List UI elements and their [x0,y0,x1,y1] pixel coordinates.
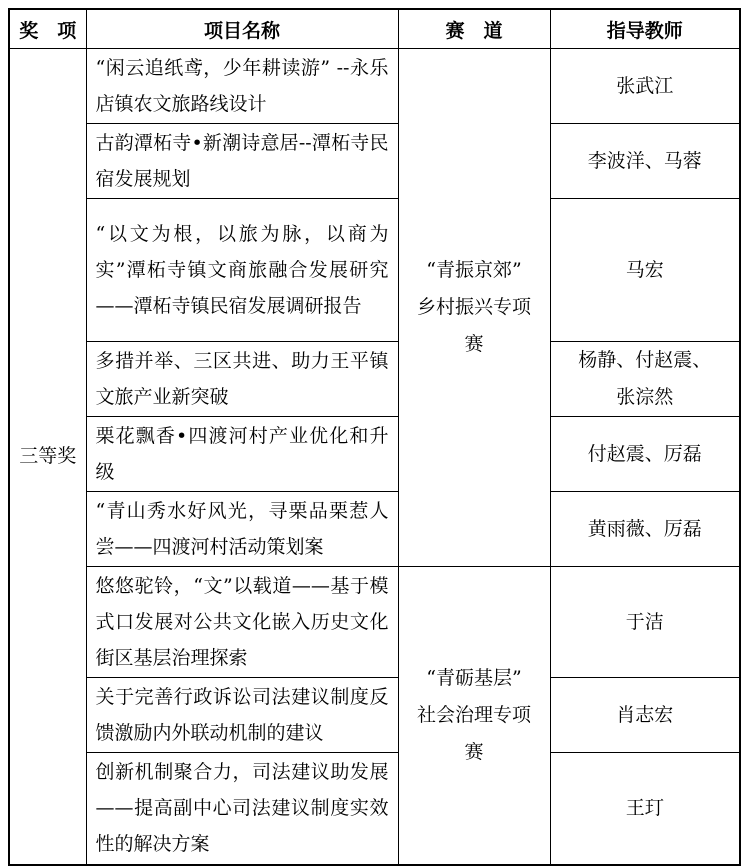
header-advisor: 指导教师 [550,9,740,49]
advisor-cell: 黄雨薇、厉磊 [550,492,740,567]
table-row: “以文为根，以旅为脉，以商为实”潭柘寺镇文商旅融合发展研究——潭柘寺镇民宿发展调… [9,199,740,342]
advisor-cell: 王玎 [550,753,740,865]
project-cell: 多措并举、三区共进、助力王平镇文旅产业新突破 [86,342,398,417]
award-cell: 三等奖 [9,49,86,865]
advisor-cell: 杨静、付赵震、 张淙然 [550,342,740,417]
advisor-cell: 李波洋、马蓉 [550,124,740,199]
table-row: 关于完善行政诉讼司法建议制度反馈激励内外联动机制的建议 肖志宏 [9,678,740,753]
project-cell: 栗花飘香•四渡河村产业优化和升级 [86,417,398,492]
project-cell: 创新机制聚合力，司法建议助发展——提高副中心司法建议制度实效性的解决方案 [86,753,398,865]
track-cell-governance: “青砺基层” 社会治理专项 赛 [398,567,550,865]
project-cell: “闲云追纸鸢，少年耕读游” --永乐店镇农文旅路线设计 [86,49,398,124]
project-cell: “以文为根，以旅为脉，以商为实”潭柘寺镇文商旅融合发展研究——潭柘寺镇民宿发展调… [86,199,398,342]
advisor-cell: 肖志宏 [550,678,740,753]
track-cell-rural: “青振京郊” 乡村振兴专项 赛 [398,49,550,567]
header-track: 赛 道 [398,9,550,49]
table-row: “青山秀水好风光，寻栗品栗惹人尝——四渡河村活动策划案 黄雨薇、厉磊 [9,492,740,567]
advisor-cell: 付赵震、厉磊 [550,417,740,492]
header-row: 奖 项 项目名称 赛 道 指导教师 [9,9,740,49]
header-award: 奖 项 [9,9,86,49]
table-row: 栗花飘香•四渡河村产业优化和升级 付赵震、厉磊 [9,417,740,492]
table-row: 古韵潭柘寺•新潮诗意居--潭柘寺民宿发展规划 李波洋、马蓉 [9,124,740,199]
table-row: 多措并举、三区共进、助力王平镇文旅产业新突破 杨静、付赵震、 张淙然 [9,342,740,417]
project-cell: “青山秀水好风光，寻栗品栗惹人尝——四渡河村活动策划案 [86,492,398,567]
table-row: 创新机制聚合力，司法建议助发展——提高副中心司法建议制度实效性的解决方案 王玎 [9,753,740,865]
advisor-cell: 张武江 [550,49,740,124]
project-cell: 关于完善行政诉讼司法建议制度反馈激励内外联动机制的建议 [86,678,398,753]
project-cell: 古韵潭柘寺•新潮诗意居--潭柘寺民宿发展规划 [86,124,398,199]
advisor-cell: 于洁 [550,567,740,678]
awards-table: 奖 项 项目名称 赛 道 指导教师 三等奖 “闲云追纸鸢，少年耕读游” --永乐… [8,8,741,866]
header-project: 项目名称 [86,9,398,49]
table-row: 三等奖 “闲云追纸鸢，少年耕读游” --永乐店镇农文旅路线设计 “青振京郊” 乡… [9,49,740,124]
project-cell: 悠悠驼铃，“文”以载道——基于模式口发展对公共文化嵌入历史文化街区基层治理探索 [86,567,398,678]
advisor-cell: 马宏 [550,199,740,342]
table-row: 悠悠驼铃，“文”以载道——基于模式口发展对公共文化嵌入历史文化街区基层治理探索 … [9,567,740,678]
